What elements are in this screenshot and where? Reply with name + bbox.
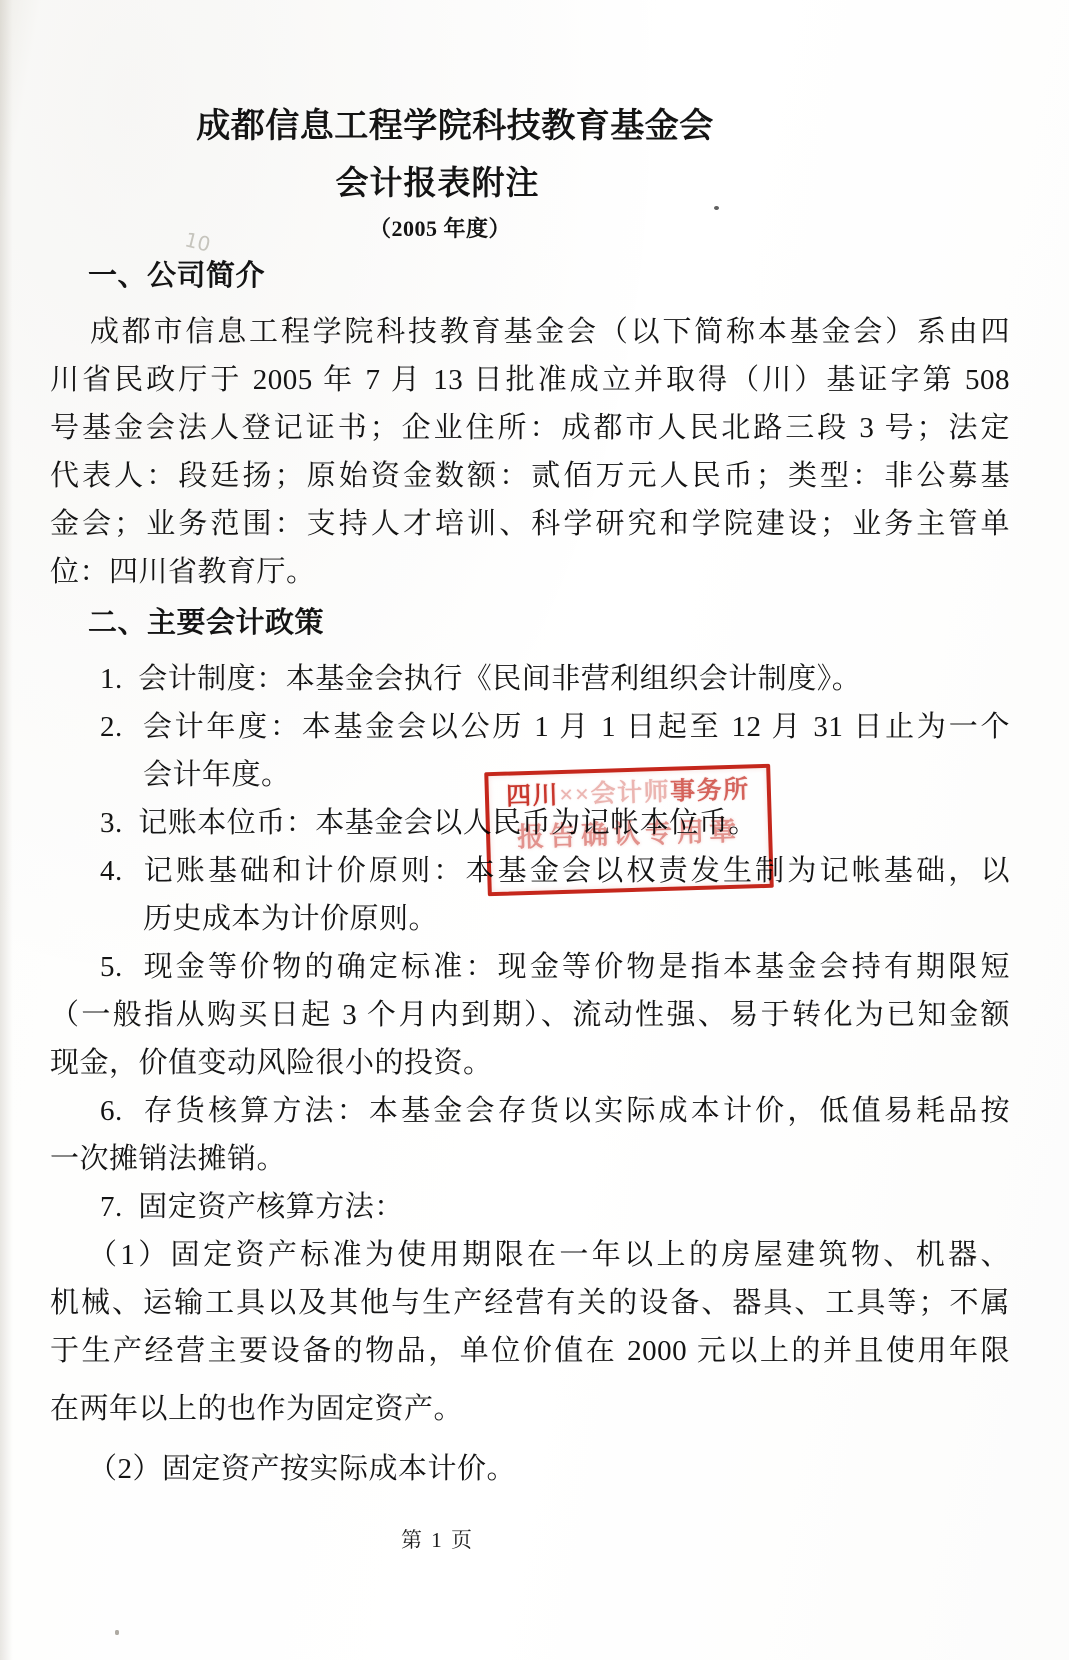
text-line: 代表人：段廷扬；原始资金数额：贰佰万元人民币；类型：非公募基 bbox=[50, 452, 1010, 500]
text-line: 于生产经营主要设备的物品，单位价值在 2000 元以上的并且使用年限 bbox=[50, 1327, 1010, 1375]
text-line: 1. 会计制度：本基金会执行《民间非营利组织会计制度》。 bbox=[50, 655, 1010, 703]
text-line: （2）固定资产按实际成本计价。 bbox=[50, 1445, 1010, 1493]
section-heading: 一、公司简介 bbox=[50, 252, 1010, 300]
text-line: 6. 存货核算方法：本基金会存货以实际成本计价，低值易耗品按 bbox=[50, 1087, 1010, 1135]
ink-speck bbox=[714, 206, 719, 210]
year-line: （2005 年度） bbox=[0, 212, 880, 246]
text-line: 号基金会法人登记证书；企业住所：成都市人民北路三段 3 号；法定 bbox=[50, 404, 1010, 452]
scanned-document-page: 成都信息工程学院科技教育基金会 会计报表附注 （2005 年度） 一、公司简介成… bbox=[0, 0, 1069, 1660]
text-line: 一次摊销法摊销。 bbox=[50, 1135, 1010, 1183]
text-line: 5. 现金等价物的确定标准：现金等价物是指本基金会持有期限短 bbox=[50, 943, 1010, 991]
ink-speck bbox=[115, 1630, 119, 1635]
text-line: 历史成本为计价原则。 bbox=[50, 895, 1010, 943]
page-number: 第 1 页 bbox=[0, 1516, 875, 1564]
text-line: 2. 会计年度：本基金会以公历 1 月 1 日起至 12 月 31 日止为一个 bbox=[50, 703, 1010, 751]
stamp-seal-text: 报告确认专用章 bbox=[490, 814, 769, 854]
text-line: 成都市信息工程学院科技教育基金会（以下简称本基金会）系由四 bbox=[50, 308, 1010, 356]
text-line: 在两年以上的也作为固定资产。 bbox=[50, 1385, 1010, 1433]
stamp-firm-name: 四川××会计师事务所 bbox=[489, 775, 768, 813]
text-line: （1）固定资产标准为使用期限在一年以上的房屋建筑物、机器、 bbox=[50, 1231, 1010, 1279]
section-heading: 二、主要会计政策 bbox=[50, 599, 1010, 647]
text-line: 金会；业务范围：支持人才培训、科学研究和学院建设；业务主管单 bbox=[50, 500, 1010, 548]
text-line: 7. 固定资产核算方法： bbox=[50, 1183, 1010, 1231]
page-title: 成都信息工程学院科技教育基金会 bbox=[0, 102, 910, 152]
text-line: 川省民政厅于 2005 年 7 月 13 日批准成立并取得（川）基证字第 508 bbox=[50, 356, 1010, 404]
page-subtitle: 会计报表附注 bbox=[0, 158, 875, 210]
text-line: （一般指从购买日起 3 个月内到期）、流动性强、易于转化为已知金额 bbox=[50, 991, 1010, 1039]
text-line: 位：四川省教育厅。 bbox=[50, 548, 1010, 596]
text-line: 现金，价值变动风险很小的投资。 bbox=[50, 1039, 1010, 1087]
text-line: 机械、运输工具以及其他与生产经营有关的设备、器具、工具等；不属 bbox=[50, 1279, 1010, 1327]
red-approval-stamp: 四川××会计师事务所 报告确认专用章 bbox=[484, 764, 774, 896]
